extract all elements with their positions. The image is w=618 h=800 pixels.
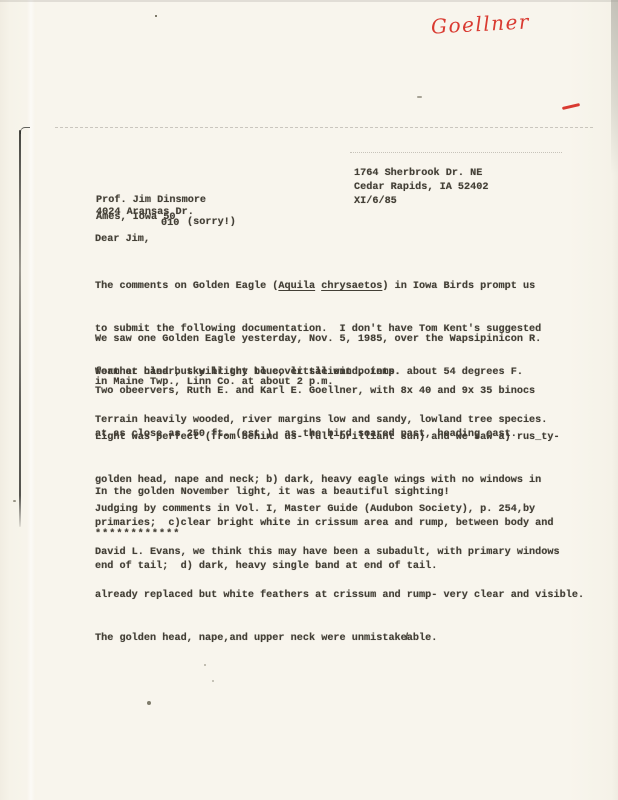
divider-asterisks: ************ (95, 528, 180, 542)
salutation: Dear Jim, (95, 233, 150, 247)
paper-speck (155, 15, 157, 17)
page-top-edge (0, 0, 618, 2)
fold-highlight-stripe (27, 0, 35, 800)
sender-street: 1764 Sherbrook Dr. NE (354, 167, 482, 181)
handwritten-name: Goellner (430, 9, 530, 38)
letter-page: Goellner 1764 Sherbrook Dr. NE Cedar Rap… (0, 0, 618, 800)
line-text: ) in Iowa Birds prompt us (382, 281, 535, 292)
recipient-apology: (sorry!) (187, 216, 236, 230)
paper-speck (147, 701, 151, 705)
paper-speck (417, 96, 422, 98)
letter-line: Light was perfect (from behind us- full … (95, 431, 560, 445)
red-tick-mark (562, 103, 580, 110)
letter-date: XI/6/85 (354, 195, 397, 209)
binomial-species: chrysaetos (321, 281, 382, 292)
paper-speck (13, 500, 16, 502)
binomial-genus: Aquila (278, 281, 315, 292)
sender-city: Cedar Rapids, IA 52402 (354, 181, 489, 195)
fold-crease-hook (20, 127, 30, 134)
letter-line: already replaced but white feathers at c… (95, 589, 584, 603)
line-text: The comments on Golden Eagle ( (95, 281, 278, 292)
fold-crease-line (19, 130, 21, 527)
faint-dotted-line (350, 152, 562, 153)
paper-speck (212, 680, 214, 682)
letter-line: Judging by comments in Vol. I, Master Gu… (95, 503, 584, 517)
paragraph-conclusion: Judging by comments in Vol. I, Master Gu… (95, 474, 584, 676)
letter-line: The comments on Golden Eagle (Aquila chr… (95, 280, 541, 294)
letter-line: The golden head, nape,and upper neck wer… (95, 632, 584, 646)
recipient-zip-correction: 010 (161, 217, 179, 231)
scan-right-edge (611, 0, 618, 175)
crease-dashed-line (55, 127, 593, 128)
letter-line: David L. Evans, we think this may have b… (95, 546, 584, 560)
